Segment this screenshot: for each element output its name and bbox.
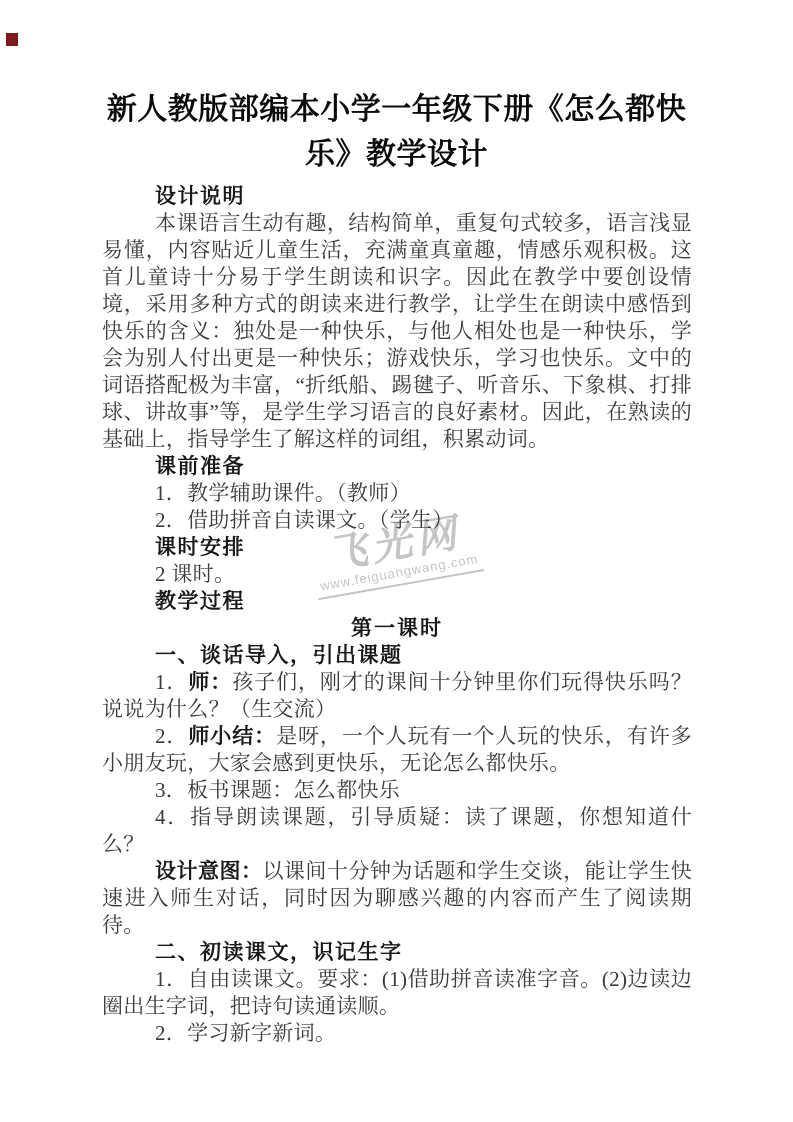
paragraph: 设计意图：以课间十分钟为话题和学生交谈，能让学生快速进入师生对话，同时因为聊感兴… [102,858,692,939]
paragraph: 3．板书课题：怎么都快乐 [102,777,692,804]
paragraph: 2．师小结：是呀，一个人玩有一个人玩的快乐，有许多小朋友玩，大家会感到更快乐，无… [102,723,692,777]
paragraph: 2 课时。 [102,561,692,588]
paragraph: 2．学习新字新词。 [102,1020,692,1047]
section-heading: 课时安排 [102,534,692,561]
section-heading: 一、谈话导入，引出课题 [102,642,692,669]
paragraph: 本课语言生动有趣，结构简单，重复句式较多，语言浅显易懂，内容贴近儿童生活，充满童… [102,210,692,453]
paragraph: 1．师：孩子们，刚才的课间十分钟里你们玩得快乐吗？说说为什么？（生交流） [102,669,692,723]
paragraph: 2．借助拼音自读课文。（学生） [102,507,692,534]
section-heading: 教学过程 [102,588,692,615]
bold-label: 师： [188,671,232,694]
section-heading: 设计说明 [102,183,692,210]
paragraph: 第一课时 [102,615,692,642]
page-title: 新人教版部编本小学一年级下册《怎么都快 乐》教学设计 [80,87,713,177]
document-page: 新人教版部编本小学一年级下册《怎么都快 乐》教学设计 飞光网 www.feigu… [0,0,793,1122]
section-heading: 课前准备 [102,453,692,480]
paragraph: 1．自由读课文。要求：(1)借助拼音读准字音。(2)边读边圈出生字词，把诗句读通… [102,966,692,1020]
section-heading: 二、初读课文，识记生字 [102,939,692,966]
bold-label: 设计意图： [155,860,262,883]
bold-label: 师小结： [188,725,276,748]
paragraph: 4．指导朗读课题，引导质疑：读了课题，你想知道什么？ [102,804,692,858]
paragraph: 1．教学辅助课件。（教师） [102,480,692,507]
document-body: 设计说明本课语言生动有趣，结构简单，重复句式较多，语言浅显易懂，内容贴近儿童生活… [102,183,692,1047]
corner-mark [6,33,18,46]
